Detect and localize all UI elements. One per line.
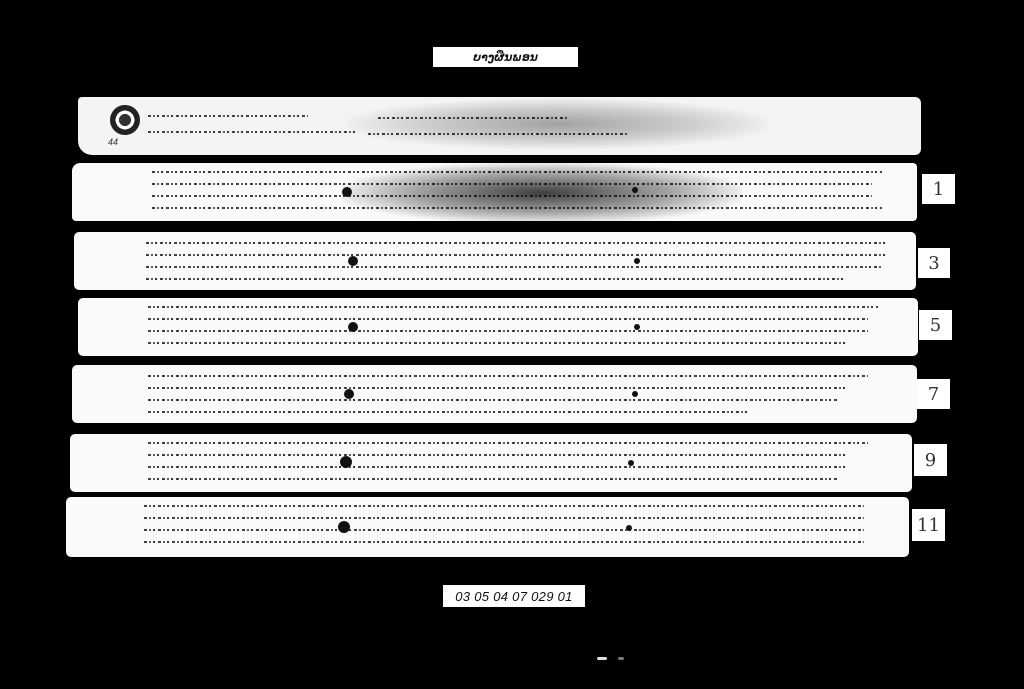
text-line (146, 242, 886, 244)
page-number-tag: 9 (914, 444, 947, 476)
string-hole (632, 187, 638, 193)
text-line (148, 330, 868, 332)
leaf-page-11 (66, 497, 909, 557)
string-hole (632, 391, 638, 397)
text-line (148, 131, 358, 133)
string-hole (338, 521, 350, 533)
string-hole (342, 187, 352, 197)
text-line (148, 375, 868, 377)
text-line (148, 478, 838, 480)
cover-leaf: 44 (78, 97, 921, 155)
text-line (144, 517, 864, 519)
marginal-note: 44 (108, 137, 118, 147)
string-hole (634, 324, 640, 330)
string-hole (344, 389, 354, 399)
string-hole (634, 258, 640, 264)
catalog-id-label: 03 05 04 07 029 01 (443, 585, 585, 607)
text-line (148, 411, 748, 413)
text-line (148, 318, 868, 320)
text-line (148, 466, 848, 468)
leaf-page-3 (74, 232, 916, 290)
text-line (148, 115, 308, 117)
text-line (146, 254, 886, 256)
text-line (148, 306, 878, 308)
text-line (148, 399, 838, 401)
string-hole (626, 525, 632, 531)
text-line (146, 266, 881, 268)
leaf-page-5 (78, 298, 918, 356)
text-line (148, 454, 848, 456)
leaf-page-7 (72, 365, 917, 423)
page-number-tag: 7 (917, 379, 950, 409)
page-number-tag: 5 (919, 310, 952, 340)
text-line (144, 529, 864, 531)
text-line (146, 278, 846, 280)
damage-stain (342, 163, 742, 221)
text-line (148, 342, 848, 344)
page-number-tag: 11 (912, 509, 945, 541)
damage-stain (348, 99, 768, 149)
scan-artifact (618, 657, 624, 660)
scan-artifact (597, 657, 607, 660)
leaf-page-9 (70, 434, 912, 492)
text-line (148, 442, 868, 444)
leaf-page-1 (72, 163, 917, 221)
text-line (144, 541, 864, 543)
string-hole (348, 322, 358, 332)
string-hole (348, 256, 358, 266)
text-line (148, 387, 848, 389)
seal-stamp-icon (110, 105, 140, 135)
page-number-tag: 1 (922, 174, 955, 204)
page-number-tag: 3 (918, 248, 950, 278)
string-hole (628, 460, 634, 466)
text-line (144, 505, 864, 507)
string-hole (340, 456, 352, 468)
manuscript-title-label: ບາງຜືນພອນ (433, 47, 578, 67)
